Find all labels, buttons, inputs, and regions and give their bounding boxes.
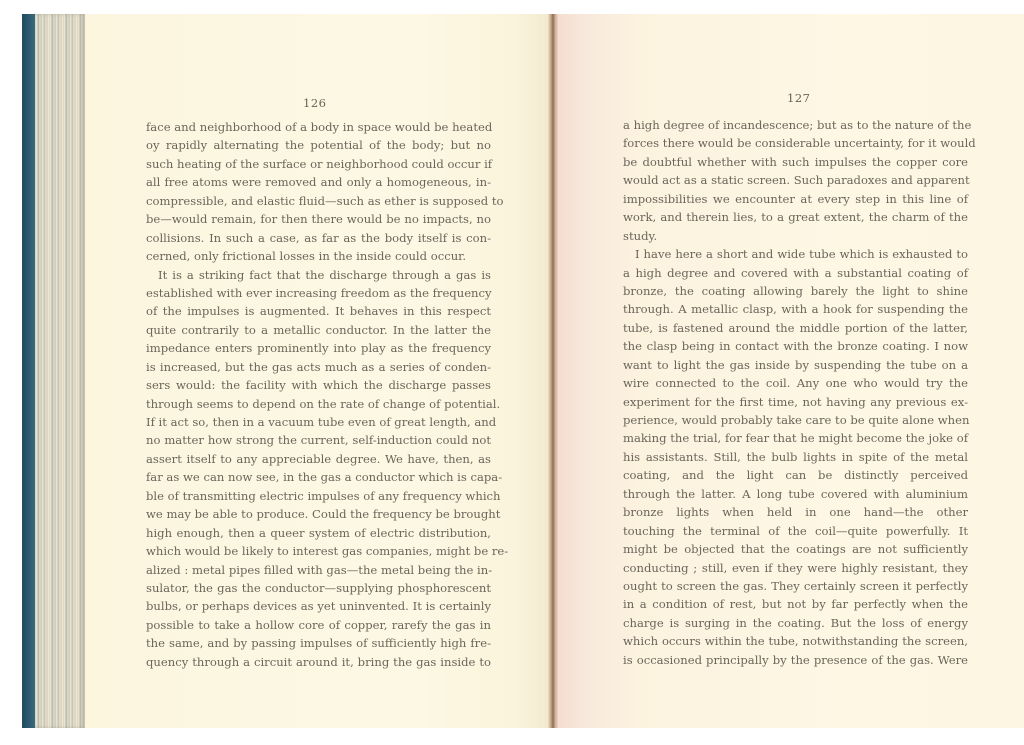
- text-line: ble of transmitting electric impulses of…: [146, 487, 491, 505]
- right-page-text: a high degree of incandescence; but as t…: [623, 116, 968, 669]
- text-line: the clasp being in contact with the bron…: [623, 337, 968, 355]
- text-line: face and neighborhood of a body in space…: [146, 118, 491, 136]
- text-line: all free atoms were removed and only a h…: [146, 173, 491, 191]
- text-line: touching the terminal of the coil—quite …: [623, 522, 968, 540]
- text-line: such heating of the surface or neighborh…: [146, 155, 491, 173]
- text-line: making the trial, for fear that he might…: [623, 429, 968, 447]
- text-line: If it act so, then in a vacuum tube even…: [146, 413, 491, 431]
- text-line: through the latter. A long tube covered …: [623, 485, 968, 503]
- text-line: coating, and the light can be distinctly…: [623, 466, 968, 484]
- text-line: work, and therein lies, to a great exten…: [623, 208, 968, 226]
- text-line: might be objected that the coatings are …: [623, 540, 968, 558]
- text-line: quite contrarily to a metallic conductor…: [146, 321, 491, 339]
- text-line: which occurs within the tube, notwithsta…: [623, 632, 968, 650]
- book-cover-edge: [22, 14, 35, 728]
- text-line: which would be likely to interest gas co…: [146, 542, 491, 560]
- text-line: possible to take a hollow core of copper…: [146, 616, 491, 634]
- text-line: we may be able to produce. Could the fre…: [146, 505, 491, 523]
- text-line: forces there would be considerable uncer…: [623, 134, 968, 152]
- text-line: through seems to depend on the rate of c…: [146, 395, 491, 413]
- text-line: a high degree and covered with a substan…: [623, 264, 968, 282]
- text-line: bronze lights when held in one hand—the …: [623, 503, 968, 521]
- left-page-text: face and neighborhood of a body in space…: [146, 118, 491, 671]
- text-line: of the impulses is augmented. It behaves…: [146, 302, 491, 320]
- text-line: charge is surging in the coating. But th…: [623, 614, 968, 632]
- text-line: high enough, then a queer system of elec…: [146, 524, 491, 542]
- text-line: be doubtful whether with such impulses t…: [623, 153, 968, 171]
- text-line: perience, would probably take care to be…: [623, 411, 968, 429]
- text-line: assert itself to any appreciable degree.…: [146, 450, 491, 468]
- text-line: bulbs, or perhaps devices as yet uninven…: [146, 597, 491, 615]
- text-line: sulator, the gas the conductor—supplying…: [146, 579, 491, 597]
- text-line: his assistants. Still, the bulb lights i…: [623, 448, 968, 466]
- text-line: study.: [623, 227, 968, 245]
- text-line: oy rapidly alternating the potential of …: [146, 136, 491, 154]
- right-page-number: 127: [787, 91, 810, 105]
- text-line: bronze, the coating allowing barely the …: [623, 282, 968, 300]
- text-line: in a condition of rest, but not by far p…: [623, 595, 968, 613]
- text-line: experiment for the first time, not havin…: [623, 393, 968, 411]
- text-line: want to light the gas inside by suspendi…: [623, 356, 968, 374]
- text-line: be—would remain, for then there would be…: [146, 210, 491, 228]
- text-line: sers would: the facility with which the …: [146, 376, 491, 394]
- text-line: ought to screen the gas. They certainly …: [623, 577, 968, 595]
- page-edges: [35, 14, 85, 728]
- text-line: I have here a short and wide tube which …: [623, 245, 968, 263]
- text-line: would act as a static screen. Such parad…: [623, 171, 968, 189]
- text-line: collisions. In such a case, as far as th…: [146, 229, 491, 247]
- text-line: compressible, and elastic fluid—such as …: [146, 192, 491, 210]
- text-line: quency through a circuit around it, brin…: [146, 653, 491, 671]
- text-line: wire connected to the coil. Any one who …: [623, 374, 968, 392]
- text-line: alized : metal pipes filled with gas—the…: [146, 561, 491, 579]
- left-page-number: 126: [303, 96, 326, 110]
- text-line: a high degree of incandescence; but as t…: [623, 116, 968, 134]
- text-line: is occasioned principally by the presenc…: [623, 651, 968, 669]
- text-line: cerned, only frictional losses in the in…: [146, 247, 491, 265]
- text-line: It is a striking fact that the discharge…: [146, 266, 491, 284]
- text-line: established with ever increasing freedom…: [146, 284, 491, 302]
- text-line: is increased, but the gas acts much as a…: [146, 358, 491, 376]
- book-gutter: [548, 14, 558, 728]
- text-line: through. A metallic clasp, with a hook f…: [623, 300, 968, 318]
- text-line: conducting ; still, even if they were hi…: [623, 559, 968, 577]
- text-line: impossibilities we encounter at every st…: [623, 190, 968, 208]
- text-line: the same, and by passing impulses of suf…: [146, 634, 491, 652]
- text-line: no matter how strong the current, self-i…: [146, 431, 491, 449]
- text-line: impedance enters prominently into play a…: [146, 339, 491, 357]
- text-line: far as we can now see, in the gas a cond…: [146, 468, 491, 486]
- text-line: tube, is fastened around the middle port…: [623, 319, 968, 337]
